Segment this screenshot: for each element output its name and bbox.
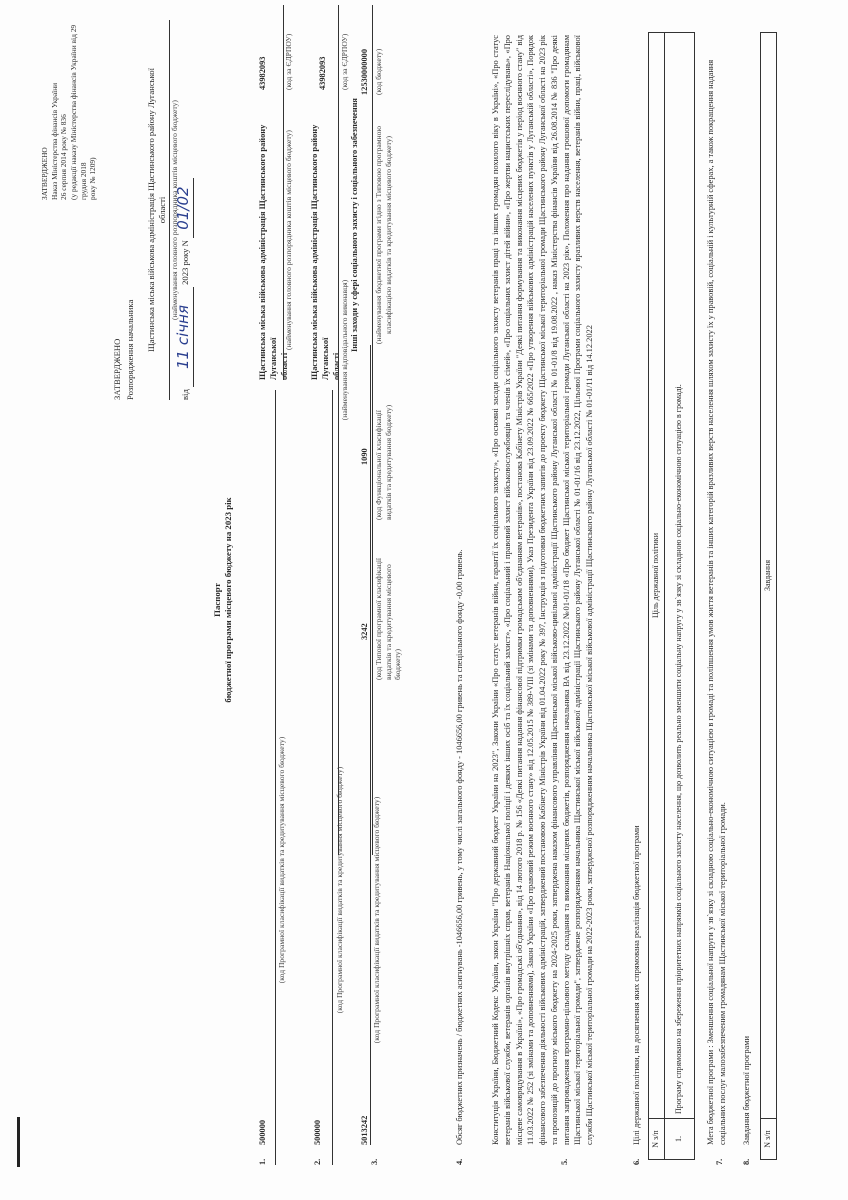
program-goal: Мета бюджетної програми : Зменшення соці… bbox=[705, 35, 729, 1145]
section-3-name: Інші заходи у сфері соціального захисту … bbox=[350, 95, 361, 355]
section-3-code-caption: (код Програмної класифікації видатків та… bbox=[372, 720, 382, 1120]
section-3-func-code: 1090 bbox=[360, 448, 371, 465]
table-row: 1. Програму спрямовано на збереження прі… bbox=[665, 33, 695, 1160]
section-3-typical-code: 3242 bbox=[360, 623, 371, 640]
section-3-budget-code: 12530000000 bbox=[360, 49, 371, 95]
approval-title: ЗАТВЕРДЖЕНО bbox=[112, 20, 123, 400]
section-1-name-caption: (найменування головного розпорядника кош… bbox=[284, 100, 294, 380]
page-title: Паспорт бюджетної програми місцевого бюд… bbox=[212, 360, 235, 840]
stamp-title: ЗАТВЕРДЖЕНО bbox=[40, 10, 50, 200]
approval-subtitle: Розпорядження начальника bbox=[125, 20, 136, 400]
document-page: ЗАТВЕРДЖЕНО Наказ Міністерства фінансів … bbox=[0, 0, 848, 1200]
section-1-edrpou-caption: (код за ЄДРПОУ) bbox=[284, 34, 294, 90]
section-6-number: 6. bbox=[632, 1159, 643, 1165]
scan-artifact bbox=[17, 1117, 20, 1167]
section-8-heading: Завдання бюджетної програми bbox=[742, 1036, 753, 1145]
table-header: N з/п bbox=[761, 1119, 777, 1160]
budget-volume-text: Обсяг бюджетних призначень / бюджетних а… bbox=[455, 45, 466, 1145]
section-2-code: 500000 bbox=[313, 1120, 324, 1145]
section-1-code-caption: (код Програмної класифікації видатків та… bbox=[277, 620, 287, 1100]
ministry-order-stamp: ЗАТВЕРДЖЕНО Наказ Міністерства фінансів … bbox=[40, 10, 98, 200]
section-3-number: 3. bbox=[370, 1159, 381, 1165]
section-2-edrpou-caption: (код за ЄДРПОУ) bbox=[340, 34, 350, 90]
section-3-budget-caption: (код бюджету) bbox=[374, 49, 384, 95]
section-1-code: 500000 bbox=[258, 1120, 269, 1145]
section-5-number: 5. bbox=[560, 1159, 571, 1165]
section-2-name-caption: (найменування відповідального виконавця) bbox=[340, 200, 350, 500]
legal-basis-text: Конституція України, Бюджетний Кодекс Ук… bbox=[490, 35, 596, 1145]
section-3-typical-caption: (код Типової програмної класифікації вид… bbox=[374, 550, 403, 680]
section-2-edrpou: 43982093 bbox=[318, 57, 329, 91]
table-header: Ціль державної політики bbox=[649, 33, 665, 1119]
approval-org: Щастинська міська військова адміністраці… bbox=[146, 20, 168, 400]
section-3-name-caption: (найменування бюджетної програми згідно … bbox=[374, 105, 393, 365]
section-7-number: 7. bbox=[715, 1159, 726, 1165]
policy-goals-table: N з/п Ціль державної політики 1. Програм… bbox=[648, 32, 695, 1160]
section-2-code-caption: (код Програмної класифікації видатків та… bbox=[335, 680, 345, 1100]
stamp-line: (у редакції наказу Міністерства фінансів… bbox=[69, 10, 88, 200]
stamp-line: Наказ Міністерства фінансів України bbox=[50, 10, 60, 200]
approval-block: ЗАТВЕРДЖЕНО Розпорядження начальника Щас… bbox=[112, 20, 194, 400]
handwritten-date: 11 січня bbox=[174, 287, 194, 387]
approval-date-line: від 11 січня 2023 року N 01/02 bbox=[174, 20, 194, 400]
table-header: N з/п bbox=[649, 1119, 665, 1160]
stamp-line: року № 1209) bbox=[88, 10, 98, 200]
section-8-number: 8. bbox=[742, 1159, 753, 1165]
section-2-number: 2. bbox=[313, 1159, 324, 1165]
tasks-table: N з/п Завдання bbox=[760, 32, 777, 1160]
handwritten-number: 01/02 bbox=[174, 178, 194, 238]
section-3-func-caption: (код Функціональної класифікації видаткі… bbox=[374, 400, 393, 520]
section-4-number: 4. bbox=[455, 1159, 466, 1165]
section-1-edrpou: 43982093 bbox=[258, 57, 269, 91]
section-1-number: 1. bbox=[258, 1159, 269, 1165]
stamp-line: 26 серпня 2014 року № 836 bbox=[59, 10, 69, 200]
section-6-heading: Цілі державної політики, на досягнення я… bbox=[632, 825, 643, 1145]
table-header: Завдання bbox=[761, 33, 777, 1119]
